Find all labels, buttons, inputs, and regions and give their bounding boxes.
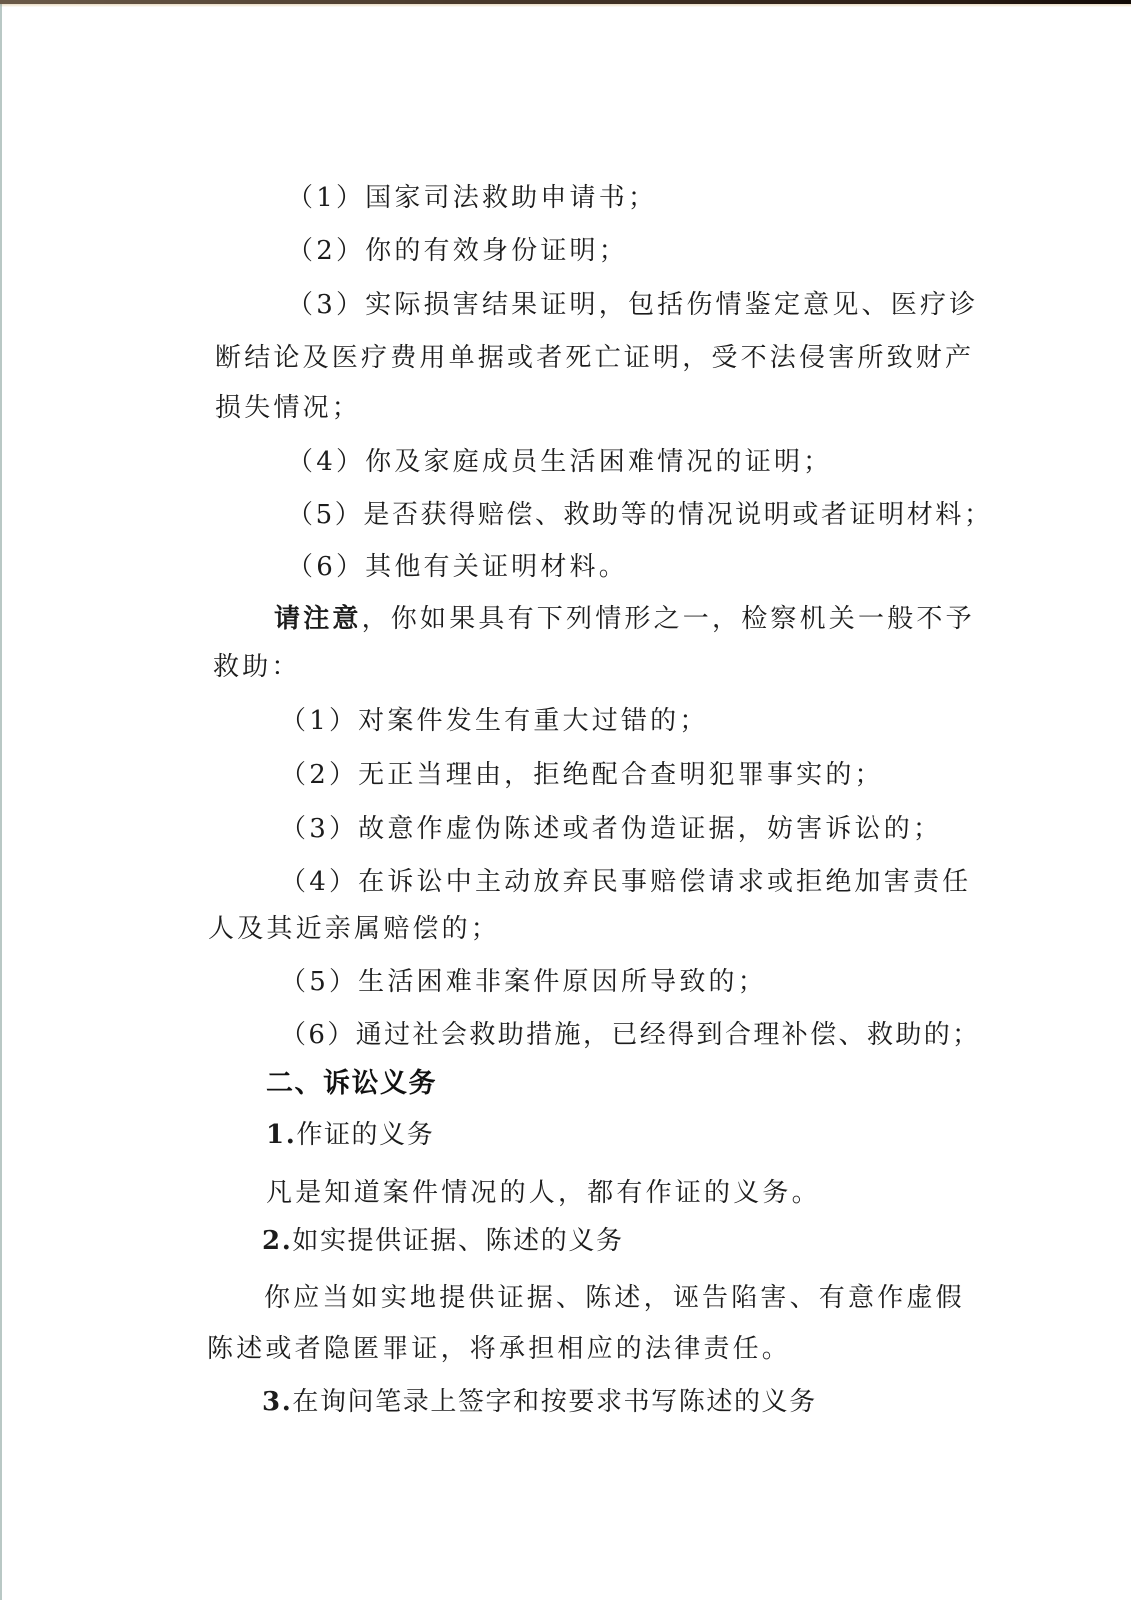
item-number: （1） bbox=[287, 183, 365, 213]
item-number: （5） bbox=[287, 500, 363, 530]
item-text: 无正当理由，拒绝配合查明犯罪事实的； bbox=[358, 760, 884, 790]
material-item-3-cont-2: 损失情况； bbox=[215, 393, 361, 423]
item-text: 其他有关证明材料。 bbox=[365, 552, 628, 582]
duty-2-body-line-1: 你应当如实地提供证据、陈述，诬告陷害、有意作虚假 bbox=[264, 1283, 965, 1313]
duty-title: 作证的义务 bbox=[296, 1120, 434, 1150]
exclusion-item-6: （6）通过社会救助措施，已经得到合理补偿、救助的； bbox=[280, 1020, 981, 1050]
duty-number: 2. bbox=[262, 1226, 292, 1256]
material-item-3: （3）实际损害结果证明，包括伤情鉴定意见、医疗诊 bbox=[287, 290, 978, 320]
item-text: 生活困难非案件原因所导致的； bbox=[358, 967, 767, 997]
item-number: （5） bbox=[280, 967, 358, 997]
duty-title: 在询问笔录上签字和按要求书写陈述的义务 bbox=[292, 1387, 816, 1417]
item-text: 国家司法救助申请书； bbox=[365, 183, 657, 213]
duty-2-body-line-2: 陈述或者隐匿罪证，将承担相应的法律责任。 bbox=[207, 1334, 791, 1364]
item-number: （6） bbox=[280, 1020, 356, 1050]
section-heading-litigation-duties: 二、诉讼义务 bbox=[266, 1069, 437, 1099]
notice-lead: 请注意 bbox=[274, 604, 362, 634]
item-number: （4） bbox=[287, 447, 365, 477]
exclusion-item-4: （4）在诉讼中主动放弃民事赔偿请求或拒绝加害责任 bbox=[280, 867, 971, 897]
item-text: 实际损害结果证明，包括伤情鉴定意见、医疗诊 bbox=[365, 290, 978, 320]
notice-text: ，你如果具有下列情形之一，检察机关一般不予 bbox=[362, 604, 975, 634]
item-text: 你及家庭成员生活困难情况的证明； bbox=[365, 447, 832, 477]
material-item-2: （2）你的有效身份证明； bbox=[287, 236, 628, 266]
duty-number: 3. bbox=[262, 1387, 292, 1417]
item-text: 是否获得赔偿、救助等的情况说明或者证明材料； bbox=[363, 500, 992, 530]
exclusion-item-2: （2）无正当理由，拒绝配合查明犯罪事实的； bbox=[280, 760, 884, 790]
item-number: （1） bbox=[280, 706, 358, 736]
exclusion-item-5: （5）生活困难非案件原因所导致的； bbox=[280, 967, 767, 997]
material-item-4: （4）你及家庭成员生活困难情况的证明； bbox=[287, 447, 832, 477]
item-number: （3） bbox=[287, 290, 365, 320]
item-text: 在诉讼中主动放弃民事赔偿请求或拒绝加害责任 bbox=[358, 867, 971, 897]
material-item-6: （6）其他有关证明材料。 bbox=[287, 552, 628, 582]
exclusion-item-4-cont: 人及其近亲属赔偿的； bbox=[208, 914, 500, 944]
item-number: （2） bbox=[287, 236, 365, 266]
duty-2-heading: 2.如实提供证据、陈述的义务 bbox=[262, 1226, 624, 1256]
document-page: （1）国家司法救助申请书； （2）你的有效身份证明； （3）实际损害结果证明，包… bbox=[0, 0, 1131, 1600]
duty-3-heading: 3.在询问笔录上签字和按要求书写陈述的义务 bbox=[262, 1387, 817, 1417]
item-number: （3） bbox=[280, 814, 358, 844]
material-item-1: （1）国家司法救助申请书； bbox=[287, 183, 657, 213]
item-text: 故意作虚伪陈述或者伪造证据，妨害诉讼的； bbox=[358, 814, 942, 844]
item-number: （4） bbox=[280, 867, 358, 897]
duty-1-heading: 1.作证的义务 bbox=[266, 1120, 434, 1150]
duty-number: 1. bbox=[266, 1120, 296, 1150]
material-item-3-cont-1: 断结论及医疗费用单据或者死亡证明，受不法侵害所致财产 bbox=[215, 343, 974, 373]
item-text: 你的有效身份证明； bbox=[365, 236, 628, 266]
item-number: （6） bbox=[287, 552, 365, 582]
item-text: 对案件发生有重大过错的； bbox=[358, 706, 708, 736]
notice-paragraph: 请注意，你如果具有下列情形之一，检察机关一般不予 bbox=[274, 604, 975, 634]
item-text: 通过社会救助措施，已经得到合理补偿、救助的； bbox=[356, 1020, 981, 1050]
material-item-5: （5）是否获得赔偿、救助等的情况说明或者证明材料； bbox=[287, 500, 993, 530]
duty-title: 如实提供证据、陈述的义务 bbox=[292, 1226, 623, 1256]
item-number: （2） bbox=[280, 760, 358, 790]
duty-1-body: 凡是知道案件情况的人，都有作证的义务。 bbox=[266, 1178, 821, 1208]
exclusion-item-3: （3）故意作虚伪陈述或者伪造证据，妨害诉讼的； bbox=[280, 814, 942, 844]
exclusion-item-1: （1）对案件发生有重大过错的； bbox=[280, 706, 709, 736]
notice-continuation: 救助： bbox=[213, 652, 301, 682]
